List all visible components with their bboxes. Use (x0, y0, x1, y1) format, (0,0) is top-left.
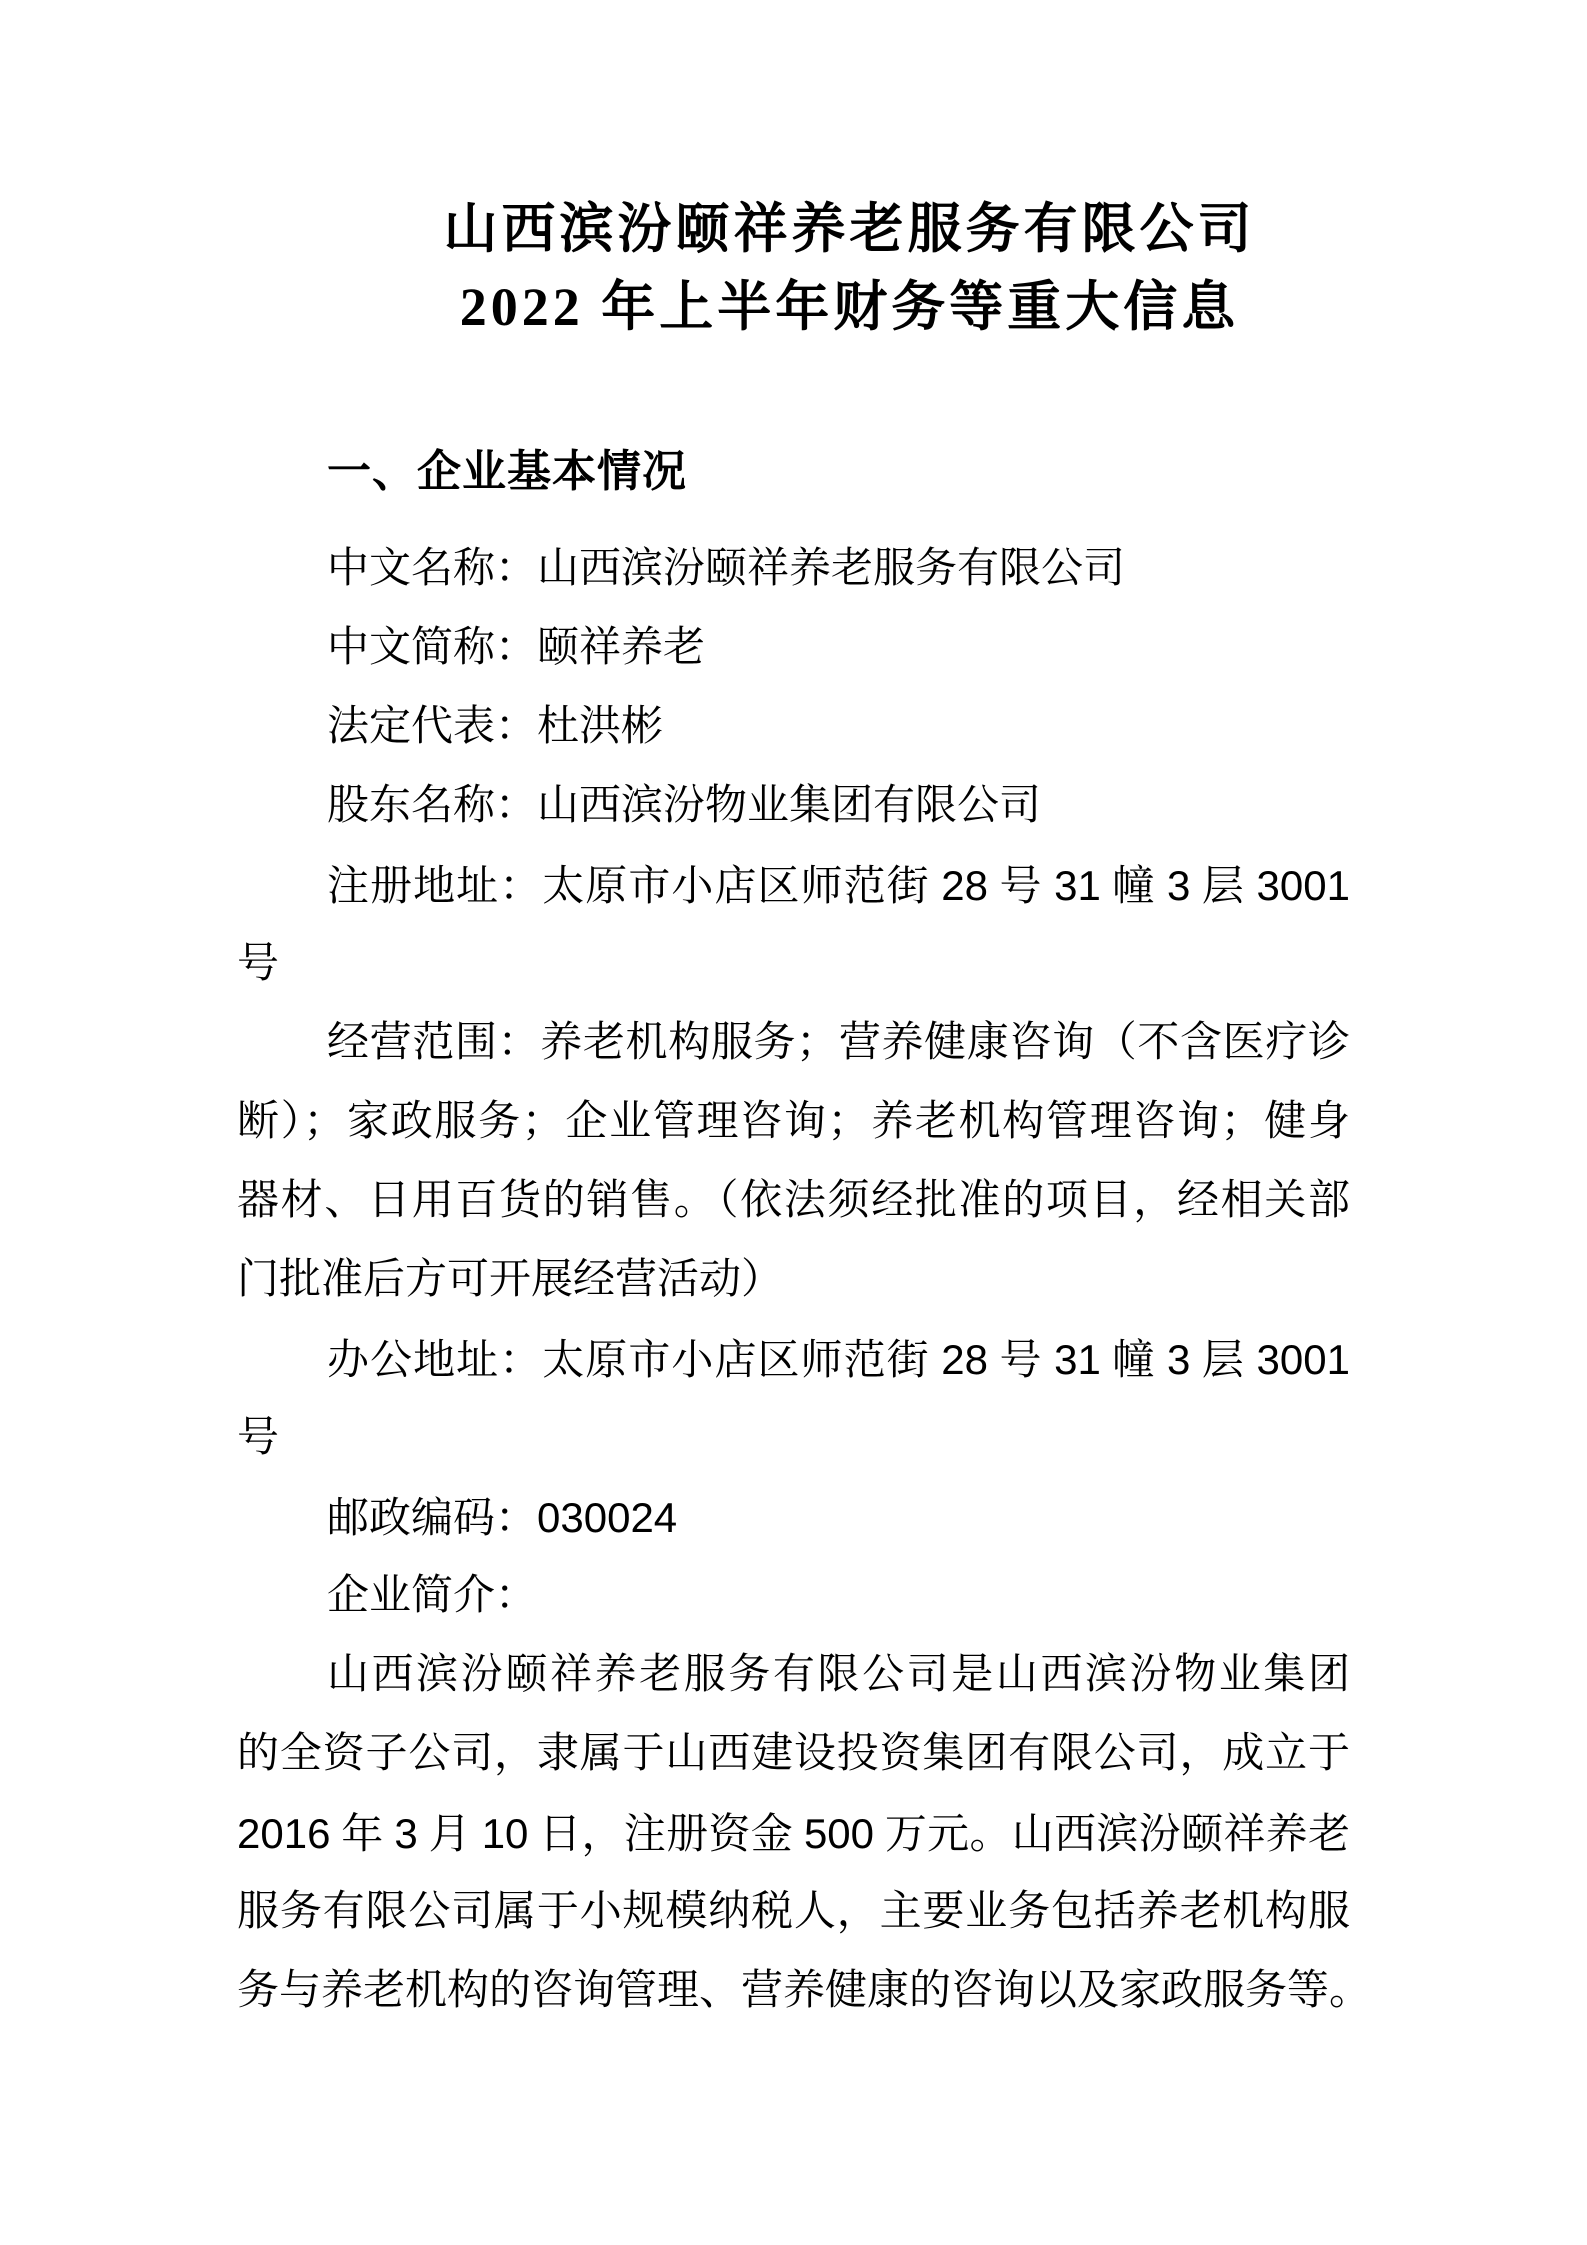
title-line-1: 山西滨汾颐祥养老服务有限公司 (349, 190, 1350, 268)
body-line: 号 (237, 1399, 1350, 1478)
body-line: 服务有限公司属于小规模纳税人，主要业务包括养老机构服 (237, 1873, 1350, 1952)
body-line: 股东名称：山西滨汾物业集团有限公司 (237, 767, 1350, 846)
section-heading: 一、企业基本情况 (237, 444, 1350, 500)
body-line: 经营范围：养老机构服务；营养健康咨询（不含医疗诊 (237, 1004, 1350, 1083)
body-line: 务与养老机构的咨询管理、营养健康的咨询以及家政服务等。 (237, 1952, 1350, 2031)
body-line: 中文名称：山西滨汾颐祥养老服务有限公司 (237, 530, 1350, 609)
title-line-2: 2022 年上半年财务等重大信息 (349, 268, 1350, 346)
body-line: 法定代表：杜洪彬 (237, 688, 1350, 767)
document-body: 中文名称：山西滨汾颐祥养老服务有限公司 中文简称：颐祥养老 法定代表：杜洪彬 股… (237, 530, 1350, 2031)
body-line: 邮政编码：030024 (237, 1478, 1350, 1557)
document-page: 山西滨汾颐祥养老服务有限公司 2022 年上半年财务等重大信息 一、企业基本情况… (0, 0, 1587, 2245)
body-line: 的全资子公司，隶属于山西建设投资集团有限公司，成立于 (237, 1715, 1350, 1794)
body-line: 中文简称：颐祥养老 (237, 609, 1350, 688)
body-line: 注册地址：太原市小店区师范街 28 号 31 幢 3 层 3001 (237, 846, 1350, 925)
body-line: 企业简介： (237, 1557, 1350, 1636)
body-line: 办公地址：太原市小店区师范街 28 号 31 幢 3 层 3001 (237, 1320, 1350, 1399)
body-line: 门批准后方可开展经营活动） (237, 1241, 1350, 1320)
document-title: 山西滨汾颐祥养老服务有限公司 2022 年上半年财务等重大信息 (237, 190, 1350, 346)
body-line: 器材、日用百货的销售。（依法须经批准的项目，经相关部 (237, 1162, 1350, 1241)
body-line: 号 (237, 925, 1350, 1004)
body-line: 山西滨汾颐祥养老服务有限公司是山西滨汾物业集团 (237, 1636, 1350, 1715)
body-line: 2016 年 3 月 10 日，注册资金 500 万元。山西滨汾颐祥养老 (237, 1794, 1350, 1873)
body-line: 断）；家政服务；企业管理咨询；养老机构管理咨询；健身 (237, 1083, 1350, 1162)
